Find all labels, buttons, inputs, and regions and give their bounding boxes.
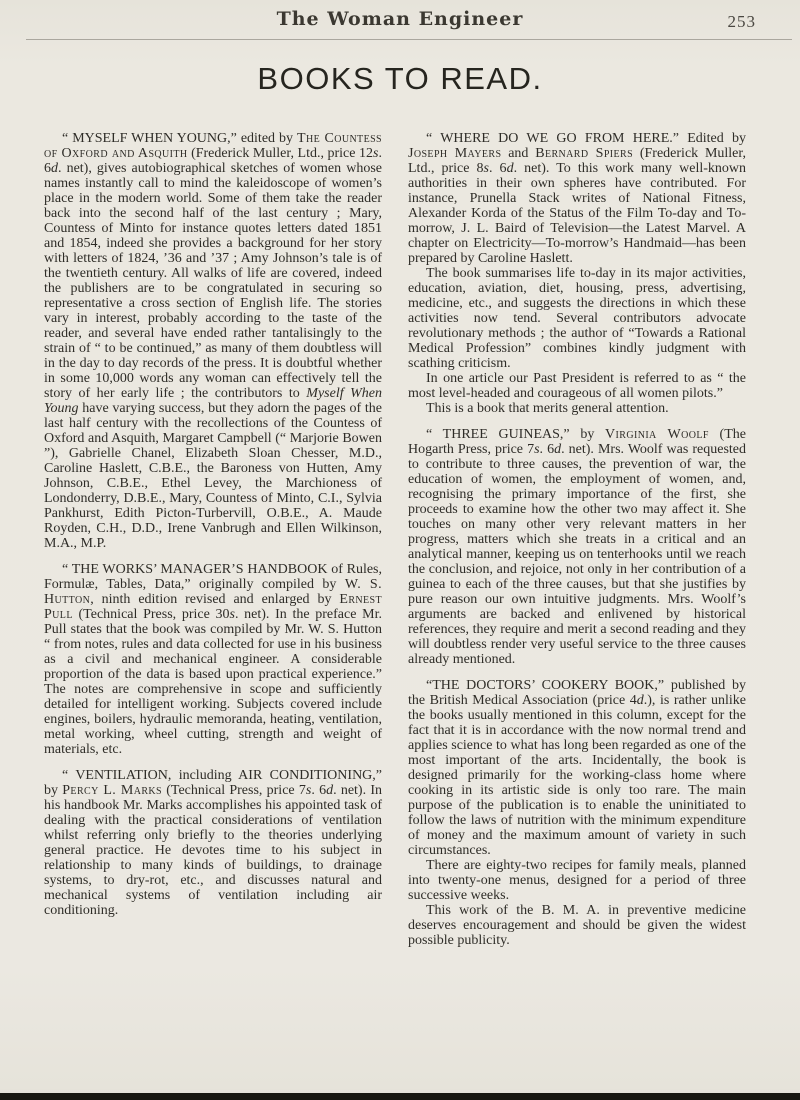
text-run: . 6 [540,442,555,457]
text-run: (Frederick Muller, Ltd., price 12 [188,146,374,161]
paragraph: “ THE WORKS’ MANAGER’S HANDBOOK of Rules… [44,562,382,757]
text-run: .), is rather unlike the books usually m… [408,693,746,858]
text-run: d [51,161,58,176]
text-run: . 6 [489,161,507,176]
book-review: “ THE WORKS’ MANAGER’S HANDBOOK of Rules… [44,562,382,757]
text-run: “ MYSELF WHEN YOUNG,” edited by [62,131,297,146]
paragraph: “ WHERE DO WE GO FROM HERE.” Edited by J… [408,131,746,266]
text-run: . net). In the preface Mr. Pull states t… [44,607,382,757]
text-run: . net), gives autobiographical sketches … [44,161,382,401]
paragraph: The book summarises life to-day in its m… [408,266,746,371]
person-name: Percy L. Marks [62,783,162,798]
person-name: Bernard Spiers [535,146,633,161]
person-name: Virginia Woolf [605,427,709,442]
paragraph: In one article our Past President is ref… [408,371,746,401]
text-run: The book summarises life to-day in its m… [408,266,746,371]
magazine-page: The Woman Engineer 253 BOOKS TO READ. “ … [0,0,800,1100]
masthead: The Woman Engineer 253 [0,8,800,38]
text-run: . net). To this work many well-known aut… [408,161,746,266]
text-run: . net). Mrs. Woolf was requested to cont… [408,442,746,667]
left-column: “ MYSELF WHEN YOUNG,” edited by The Coun… [44,131,382,1088]
paragraph: “ MYSELF WHEN YOUNG,” edited by The Coun… [44,131,382,551]
text-run: (Technical Press, price 7 [162,783,306,798]
person-name: Joseph Mayers [408,146,501,161]
text-run: . net). In his handbook Mr. Marks accomp… [44,783,382,918]
text-run: and [501,146,535,161]
paragraph: This work of the B. M. A. in preventive … [408,903,746,948]
page-bottom-edge [0,1093,800,1100]
text-run: . 6 [311,783,326,798]
text-run: “ THE WORKS’ MANAGER’S HANDBOOK of Rules… [44,562,382,592]
text-run: “ WHERE DO WE GO FROM HERE.” Edited by [426,131,746,146]
paragraph: “ VENTILATION, including AIR CONDITIONIN… [44,768,382,918]
section-title: BOOKS TO READ. [0,61,800,97]
article-body: “ MYSELF WHEN YOUNG,” edited by The Coun… [44,131,746,1088]
book-review: “THE DOCTORS’ COOKERY BOOK,” published b… [408,678,746,948]
right-column: “ WHERE DO WE GO FROM HERE.” Edited by J… [408,131,746,1088]
book-review: “ VENTILATION, including AIR CONDITIONIN… [44,768,382,918]
paragraph: “ THREE GUINEAS,” by Virginia Woolf (The… [408,427,746,667]
text-run: There are eighty-two recipes for family … [408,858,746,903]
text-run: “ THREE GUINEAS,” by [426,427,605,442]
book-review: “ THREE GUINEAS,” by Virginia Woolf (The… [408,427,746,667]
paragraph: This is a book that merits general atten… [408,401,746,416]
text-run: In one article our Past President is ref… [408,371,746,401]
text-run: This is a book that merits general atten… [426,401,669,416]
text-run: d [507,161,514,176]
paragraph: “THE DOCTORS’ COOKERY BOOK,” published b… [408,678,746,858]
header-rule [26,39,792,40]
text-run: d [637,693,644,708]
text-run: , ninth edition revised and enlarged by [90,592,339,607]
page-number: 253 [728,12,757,32]
journal-title: The Woman Engineer [0,8,800,30]
text-run: have varying success, but they adorn the… [44,401,382,551]
text-run: (Technical Press, price 30 [73,607,230,622]
paragraph: There are eighty-two recipes for family … [408,858,746,903]
text-run: This work of the B. M. A. in preventive … [408,903,746,948]
book-review: “ WHERE DO WE GO FROM HERE.” Edited by J… [408,131,746,416]
book-review: “ MYSELF WHEN YOUNG,” edited by The Coun… [44,131,382,551]
